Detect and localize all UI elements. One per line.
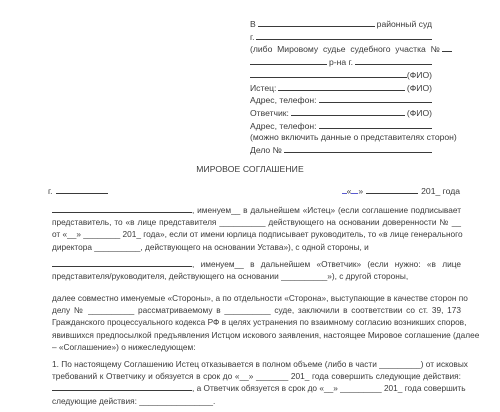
plaintiff-address-row: Адрес, телефон:	[250, 94, 432, 107]
judge-fio-row: (ФИО)	[250, 69, 432, 82]
judge-fio-label: (ФИО)	[407, 70, 432, 82]
parties-line-3: Гражданского процессуального кодекса РФ …	[52, 316, 461, 328]
clause-1-line-4: следующие действия: ________________.	[52, 395, 461, 407]
defendant-line-1: , именуем__ в дальнейшем «Ответчик» (есл…	[52, 258, 461, 270]
addressee-block: В районный суд г. (либо Мировому судье с…	[250, 18, 432, 157]
plaintiff-line-1: , именуем__ в дальнейшем «Истец» (если с…	[52, 204, 461, 216]
plaintiff-line-2: представитель, то «в лице представителя …	[52, 216, 461, 228]
city-row: г.	[250, 31, 432, 44]
document-title: МИРОВОЕ СОГЛАШЕНИЕ	[0, 164, 500, 174]
place-prefix: г.	[48, 186, 52, 196]
defendant-line-1-text: , именуем__ в дальнейшем «Ответчик» (есл…	[192, 259, 461, 269]
precinct-number-field[interactable]	[442, 43, 452, 52]
court-suffix: районный суд	[377, 19, 432, 31]
plaintiff-row: Истец: (ФИО)	[250, 82, 432, 95]
place-date-line: г. « » 201_ года	[48, 185, 460, 197]
defendant-address-field[interactable]	[319, 120, 433, 129]
clause-1-paragraph: 1. По настоящему Соглашению Истец отказы…	[52, 358, 461, 407]
defendant-address-row: Адрес, телефон:	[250, 120, 432, 133]
clause-1-line-3: , а Ответчик обязуется в срок до «__» __…	[52, 382, 461, 394]
defendant-label: Ответчик:	[250, 108, 289, 120]
day-close-quote: »	[358, 186, 363, 196]
alt-court-text: (либо Мировому судье судебного участка №	[250, 44, 440, 56]
city-prefix: г.	[250, 32, 254, 44]
city-field[interactable]	[256, 31, 432, 40]
plaintiff-line-1-text: , именуем__ в дальнейшем «Истец» (если с…	[192, 205, 461, 215]
clause-1-line-3-text: , а Ответчик обязуется в срок до «__» __…	[192, 383, 466, 393]
case-number-field[interactable]	[284, 144, 432, 153]
place-field[interactable]	[56, 185, 108, 194]
court-prefix: В	[250, 19, 256, 31]
plaintiff-paragraph: , именуем__ в дальнейшем «Истец» (если с…	[52, 204, 461, 253]
plaintiff-label: Истец:	[250, 83, 276, 95]
defendant-paragraph: , именуем__ в дальнейшем «Ответчик» (есл…	[52, 258, 461, 282]
court-row: В районный суд	[250, 18, 432, 31]
parties-paragraph: далее совместно именуемые «Стороны», а п…	[52, 292, 461, 353]
case-label: Дело №	[250, 145, 282, 157]
defendant-name-field[interactable]	[52, 258, 192, 267]
day-field[interactable]	[351, 185, 358, 194]
plaintiff-address-field[interactable]	[319, 94, 433, 103]
year-label: 201_ года	[421, 186, 460, 196]
date-block: « » 201_ года	[342, 185, 460, 196]
plaintiff-address-label: Адрес, телефон:	[250, 95, 317, 107]
defendant-address-label: Адрес, телефон:	[250, 121, 317, 133]
representatives-note: (можно включить данные о представителях …	[250, 132, 457, 144]
defendant-fio-label: (ФИО)	[407, 108, 432, 120]
plaintiff-actions-field[interactable]	[52, 382, 192, 391]
parties-line-1: далее совместно именуемые «Стороны», а п…	[52, 292, 461, 304]
plaintiff-fio-label: (ФИО)	[407, 83, 432, 95]
court-name-field[interactable]	[258, 18, 375, 27]
parties-line-2: делу № __________ рассматриваемому в ___…	[52, 304, 461, 316]
alt-court-row: (либо Мировому судье судебного участка №	[250, 43, 432, 56]
plaintiff-line-3: от «__» ________ 201_ года», если от име…	[52, 228, 461, 240]
parties-line-5: – «Соглашение») о нижеследующем:	[52, 341, 461, 353]
place-block: г.	[48, 185, 108, 196]
defendant-row: Ответчик: (ФИО)	[250, 107, 432, 120]
clause-1-line-2: требований к Ответчику и обязуется в сро…	[52, 370, 461, 382]
representatives-note-row: (можно включить данные о представителях …	[250, 132, 432, 144]
district-field[interactable]	[250, 56, 327, 65]
parties-line-4: явившихся предпосылкой предъявления Истц…	[52, 329, 461, 341]
plaintiff-name-field[interactable]	[52, 204, 192, 213]
clause-1-line-1: 1. По настоящему Соглашению Истец отказы…	[52, 358, 461, 370]
month-field[interactable]	[366, 185, 418, 194]
district-row: р-на г.	[250, 56, 432, 69]
defendant-line-2: представителя/руководителя, действующего…	[52, 270, 461, 282]
judge-fio-field[interactable]	[250, 69, 407, 78]
plaintiff-fio-field[interactable]	[278, 82, 404, 91]
district-label: р-на г.	[329, 57, 353, 69]
plaintiff-line-4: директора __________, действующего на ос…	[52, 241, 461, 253]
district-city-field[interactable]	[355, 56, 432, 65]
case-row: Дело №	[250, 144, 432, 157]
defendant-fio-field[interactable]	[291, 107, 405, 116]
